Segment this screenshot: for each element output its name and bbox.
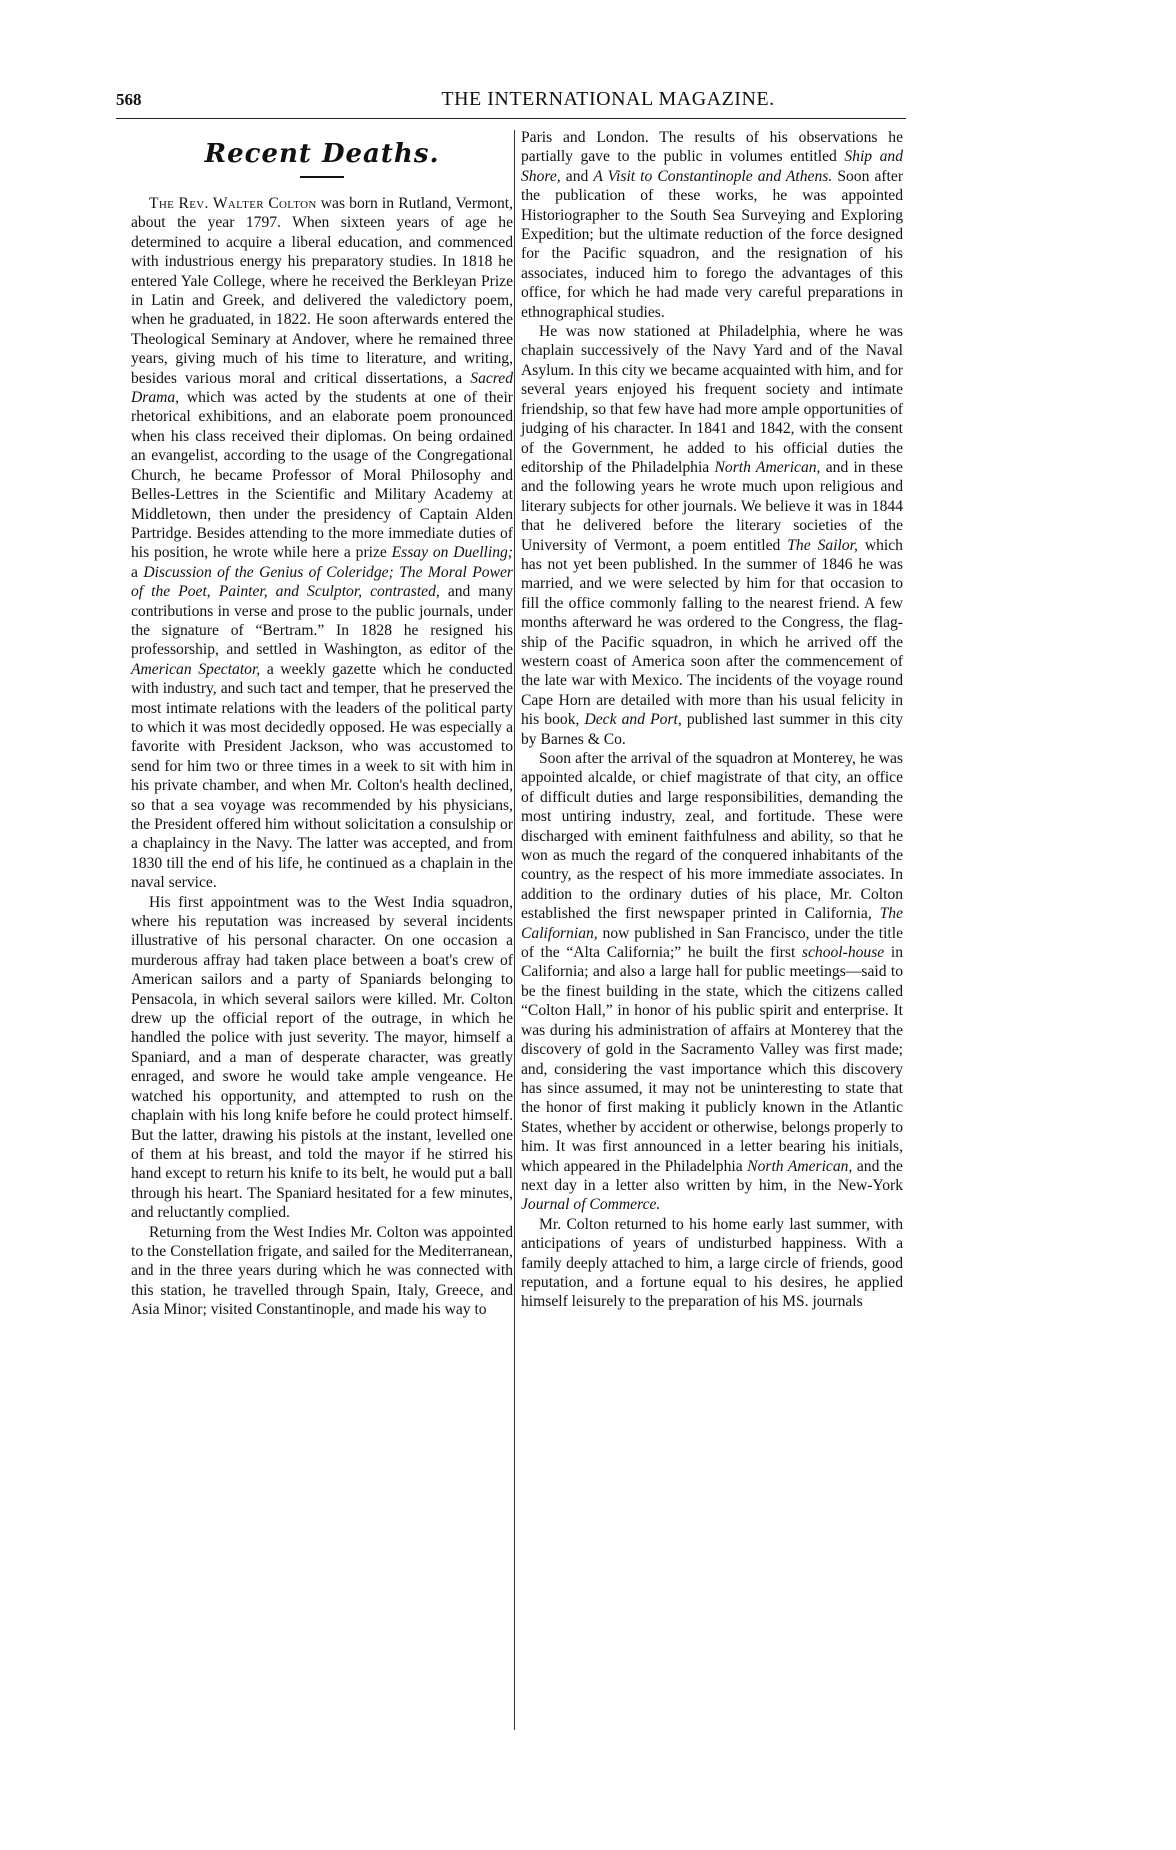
italic-title: school-house bbox=[802, 944, 884, 961]
paragraph: He was now stationed at Philadelphia, wh… bbox=[521, 322, 903, 749]
text: a weekly gazette which he conducted with… bbox=[131, 661, 513, 891]
italic-title: North American, bbox=[715, 459, 821, 476]
paragraph: Paris and London. The results of his obs… bbox=[521, 128, 903, 322]
italic-title: A Visit to Constantinople and Athens. bbox=[593, 168, 832, 185]
paragraph: The Rev. Walter Colton was born in Rutla… bbox=[131, 194, 513, 893]
paragraph: Soon after the arrival of the squadron a… bbox=[521, 749, 903, 1215]
header-rule bbox=[116, 118, 906, 119]
column-divider bbox=[514, 130, 515, 1730]
text: Soon after the arrival of the squadron a… bbox=[521, 750, 903, 922]
italic-title: Journal of Commerce. bbox=[521, 1196, 660, 1213]
text: was born in Rutland, Vermont, about the … bbox=[131, 195, 513, 387]
paragraph: Returning from the West Indies Mr. Colto… bbox=[131, 1223, 513, 1320]
text: and bbox=[561, 168, 594, 185]
text: a bbox=[131, 564, 143, 581]
paragraph: Mr. Colton returned to his home early la… bbox=[521, 1215, 903, 1312]
text: in California; and also a large hall for… bbox=[521, 944, 903, 1174]
text: Soon after the publication of these work… bbox=[521, 168, 903, 321]
left-column: Recent Deaths. The Rev. Walter Colton wa… bbox=[131, 128, 513, 1320]
paragraph: His first appointment was to the West In… bbox=[131, 893, 513, 1223]
text: which has not yet been published. In the… bbox=[521, 537, 903, 729]
italic-title: The Sailor, bbox=[787, 537, 858, 554]
italic-title: North American, bbox=[747, 1158, 852, 1175]
italic-title: Deck and Port, bbox=[585, 711, 682, 728]
title-rule bbox=[300, 176, 344, 178]
right-column: Paris and London. The results of his obs… bbox=[521, 128, 903, 1312]
text: which was acted by the students at one o… bbox=[131, 389, 513, 561]
lead-name: The Rev. Walter Colton bbox=[149, 195, 317, 212]
running-title: THE INTERNATIONAL MAGAZINE. bbox=[0, 88, 1176, 111]
text: He was now stationed at Philadelphia, wh… bbox=[521, 323, 903, 476]
section-title: Recent Deaths. bbox=[131, 138, 513, 170]
italic-title: Essay on Duelling; bbox=[392, 544, 513, 561]
italic-title: American Spectator, bbox=[131, 661, 260, 678]
